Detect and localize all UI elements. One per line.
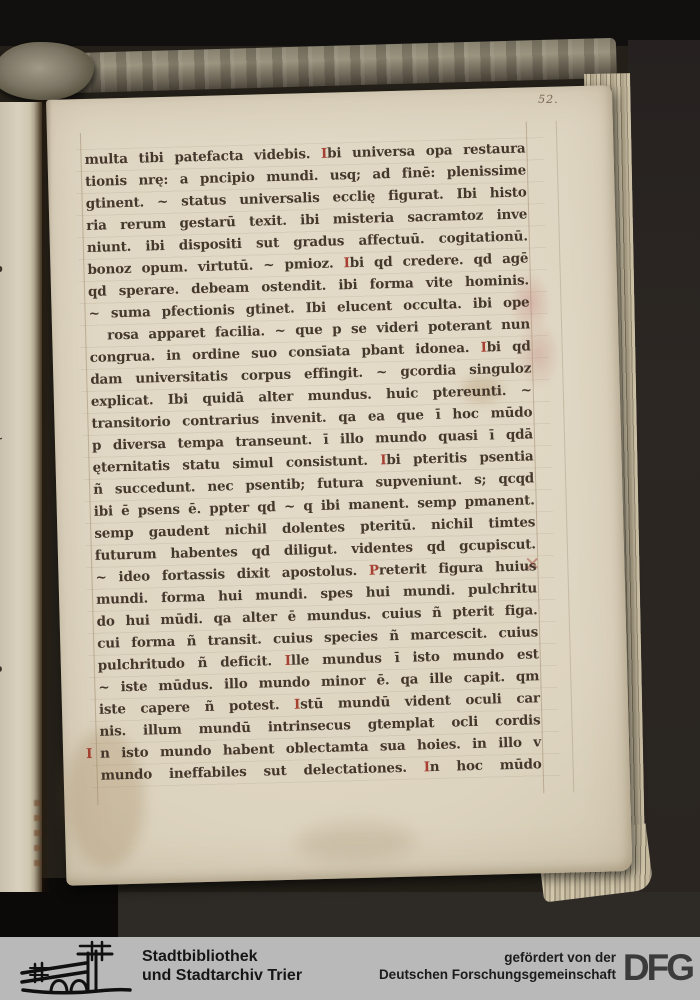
manuscript-page: 52. multa tibi patefacta videbis. Ibi un… [46, 85, 632, 886]
funding-line1: gefördert von der [379, 949, 616, 966]
dfg-logo: DFG [623, 946, 692, 990]
ruling-vertical-margin [556, 121, 575, 793]
facing-page-ink-fragment: p [0, 262, 3, 275]
parchment-stain [295, 821, 416, 864]
funding-credit: gefördert von der Deutschen Forschungsge… [379, 949, 616, 983]
library-name-line2: und Stadtarchiv Trier [142, 966, 302, 985]
sewing-thread [34, 800, 41, 872]
book-top-edge [38, 38, 617, 94]
folio-number: 52. [538, 93, 559, 106]
book-top-edge-texture [38, 38, 617, 94]
library-name: Stadtbibliothek und Stadtarchiv Trier [142, 947, 302, 985]
facing-page-ink-fragment: o [0, 662, 2, 675]
marginal-initial: I [86, 743, 93, 765]
footer-banner: Stadtbibliothek und Stadtarchiv Trier ge… [0, 937, 700, 1000]
library-name-line1: Stadtbibliothek [142, 947, 302, 966]
gutter-shadow [34, 100, 52, 892]
manuscript-text: multa tibi patefacta videbis. Ibi univer… [84, 137, 542, 786]
facing-page-ink-fragment: ~ [0, 432, 3, 445]
porta-nigra-logo-icon [20, 940, 134, 997]
funding-line2: Deutschen Forschungsgemeinschaft [379, 966, 616, 983]
digitized-manuscript-viewer: p ~ o ! 52. multa tibi patefacta videbis… [0, 0, 700, 1000]
backdrop-bottom [110, 892, 700, 938]
